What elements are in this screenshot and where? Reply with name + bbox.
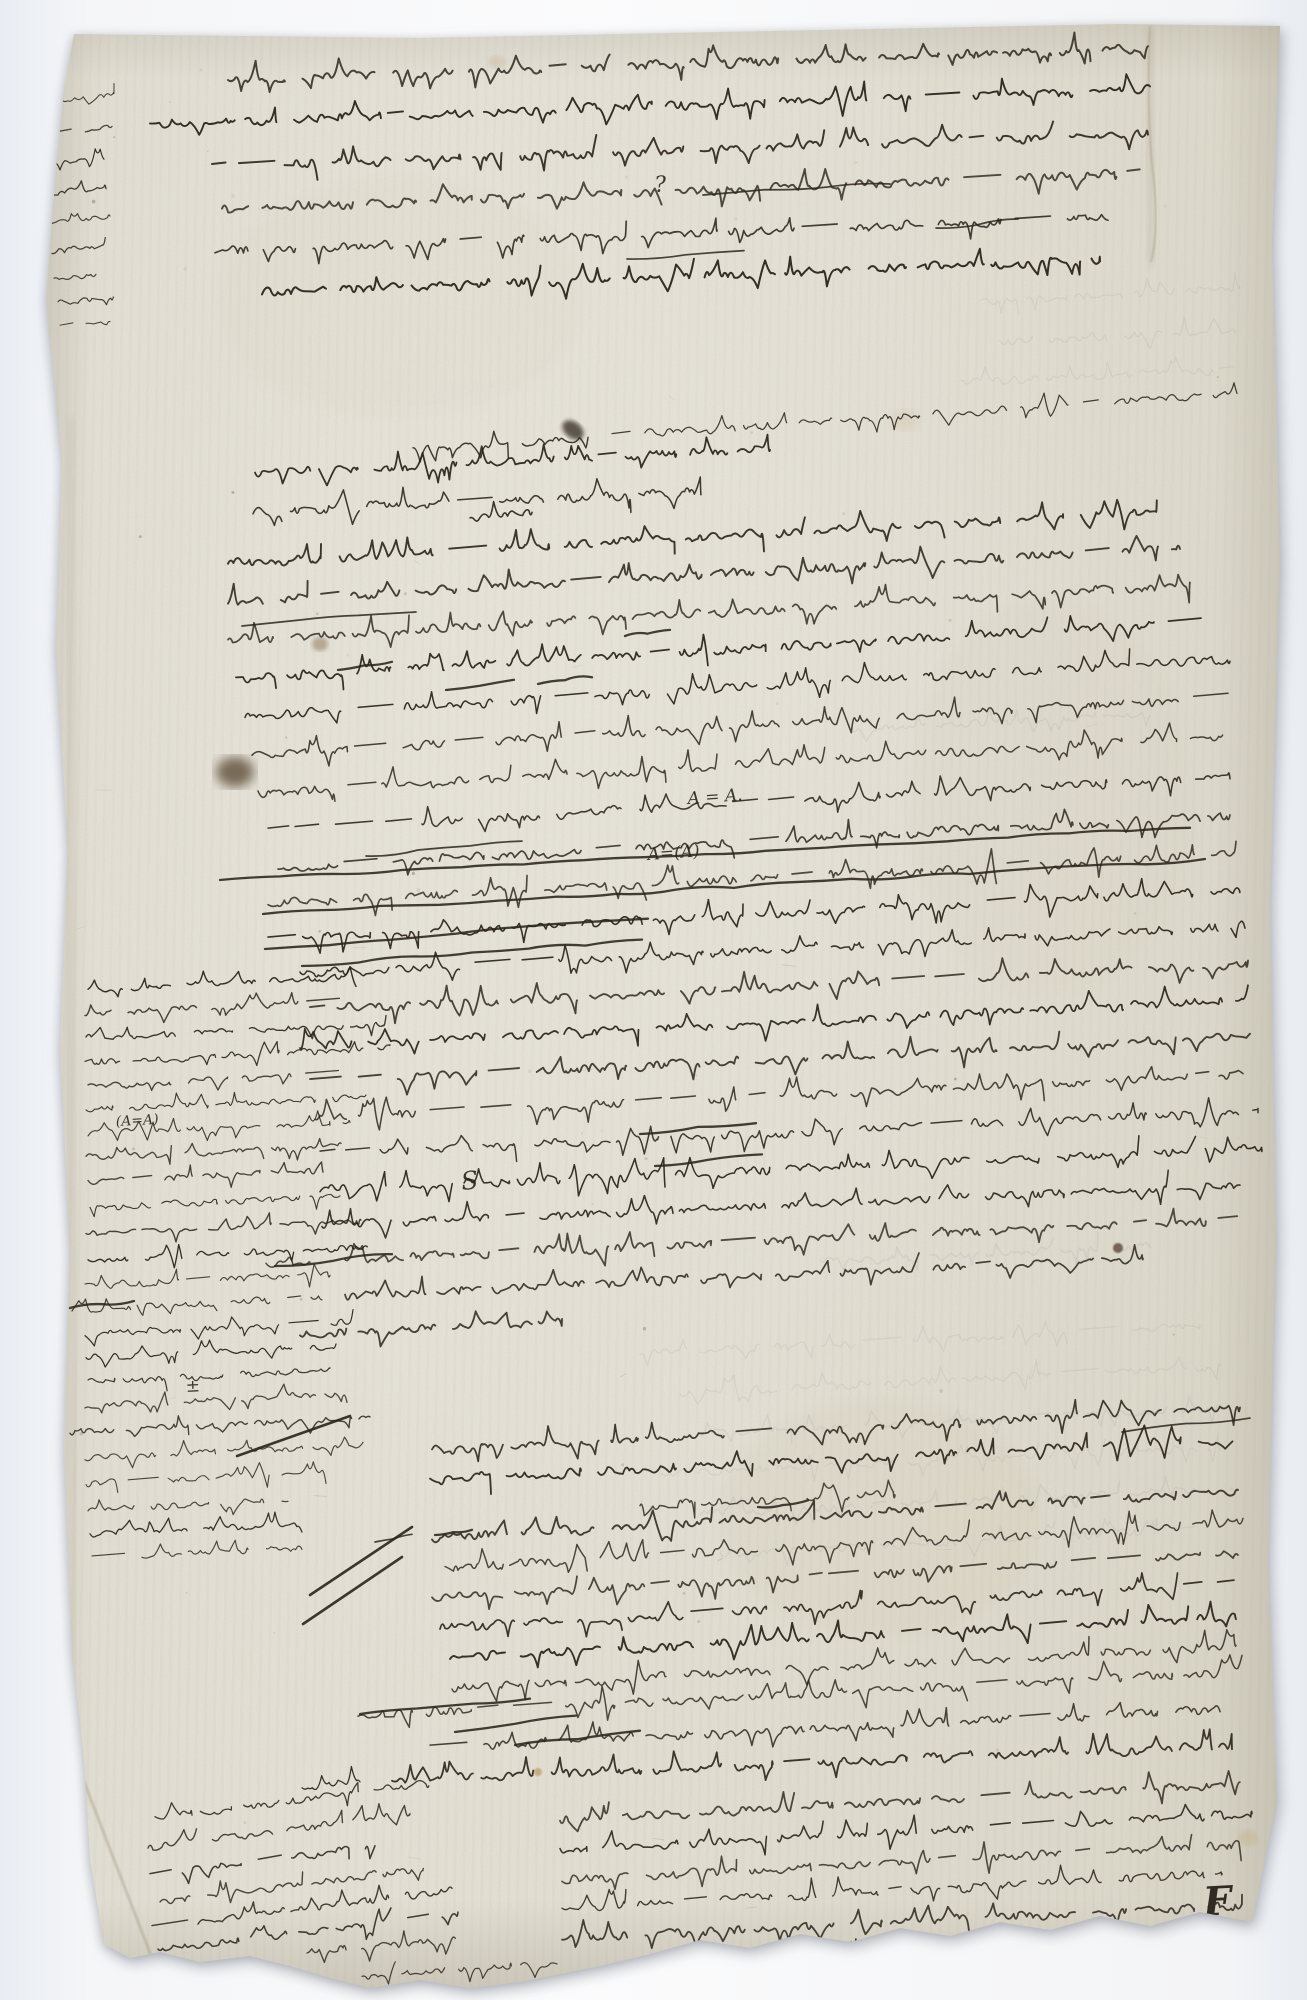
- ink-stain: [220, 180, 580, 420]
- paper-shadow: ?A = A.A=(A)(A=A)S± F: [0, 0, 1307, 2000]
- legible-glyph: A=(A): [645, 841, 700, 865]
- ink-stain: [488, 56, 506, 68]
- manuscript-paper: ?A = A.A=(A)(A=A)S± F: [0, 0, 1307, 2000]
- archivist-mark-f: F: [1202, 1881, 1232, 1922]
- scan-background: ?A = A.A=(A)(A=A)S± F: [0, 0, 1307, 2000]
- handwriting-ink-layer: ?A = A.A=(A)(A=A)S±: [0, 0, 1307, 2000]
- ink-stain: [312, 637, 328, 651]
- ink-stain: [534, 1768, 542, 1776]
- legible-glyph: (A=A): [115, 1112, 159, 1130]
- paper-grain-texture: [0, 0, 1307, 2000]
- legible-glyph: A = A.: [685, 785, 743, 809]
- ink-stain: [1238, 1830, 1258, 1846]
- legible-glyph: ?: [654, 172, 668, 198]
- legible-glyph: S: [460, 1165, 480, 1196]
- legible-glyph: ±: [185, 1376, 200, 1397]
- ink-stain: [216, 757, 254, 787]
